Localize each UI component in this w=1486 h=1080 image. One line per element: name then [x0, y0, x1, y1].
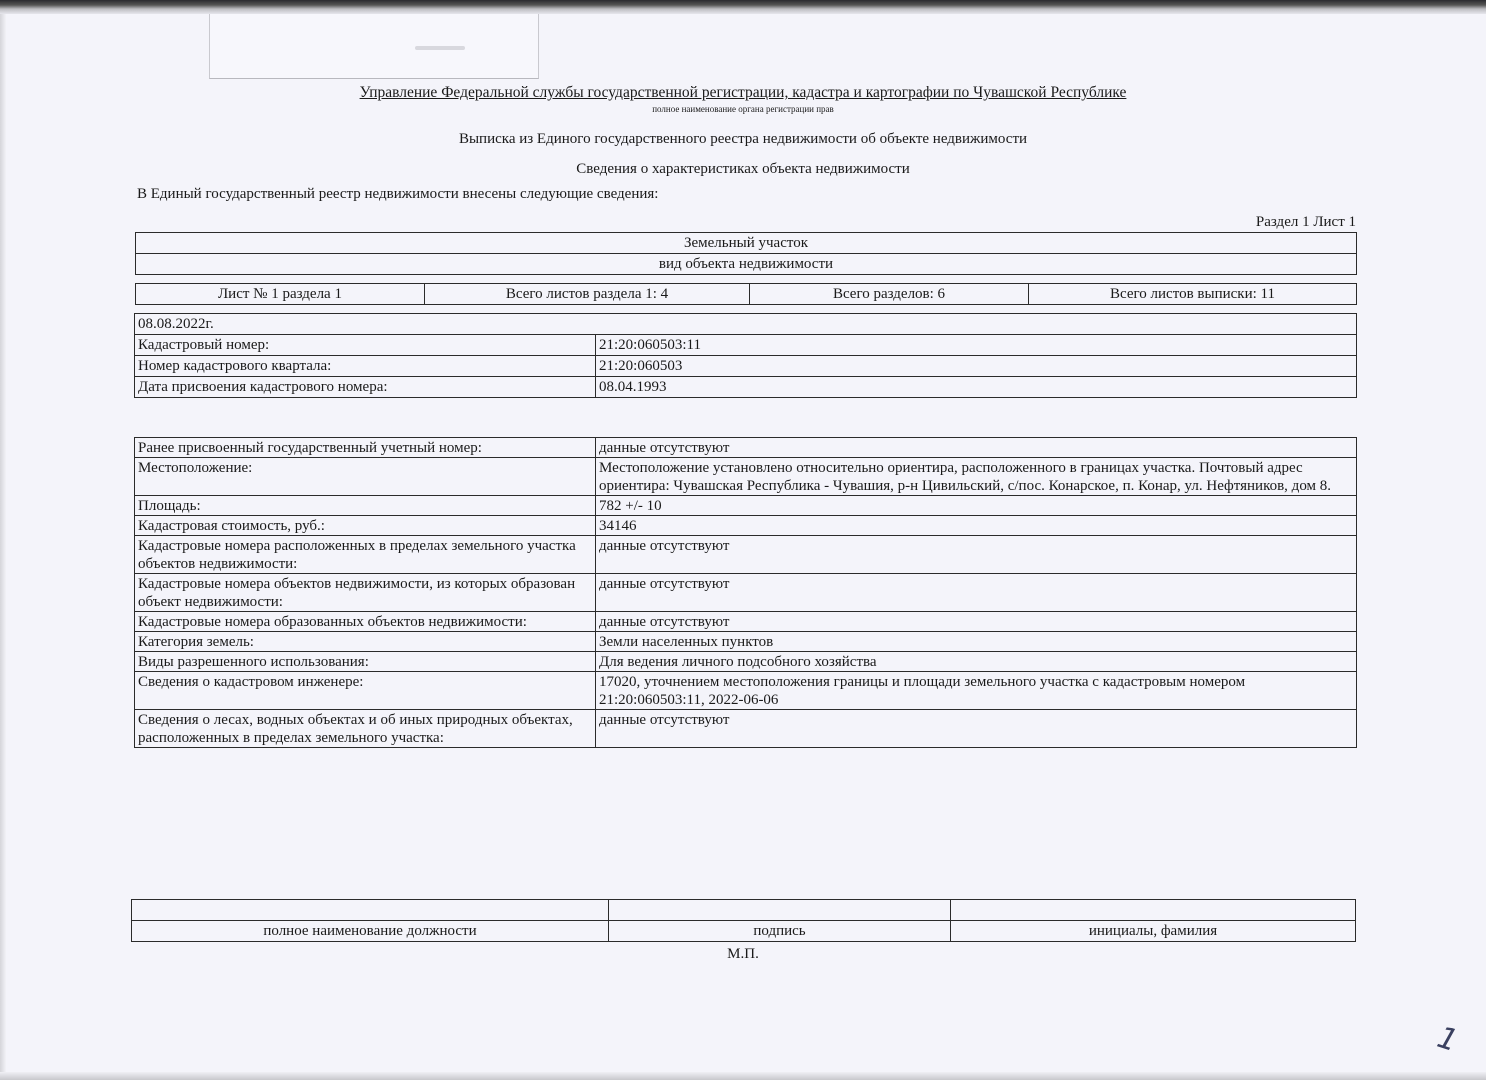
section-sheet-label: Раздел 1 Лист 1 — [1256, 214, 1356, 231]
table-row: Кадастровая стоимость, руб.: 34146 — [135, 516, 1357, 536]
row-label: Ранее присвоенный государственный учетны… — [135, 438, 596, 458]
location-value: Местоположение установлено относительно … — [596, 458, 1357, 496]
object-kind-caption: вид объекта недвижимости — [136, 254, 1357, 275]
name-field — [951, 900, 1356, 921]
table-row: Сведения о лесах, водных объектах и об и… — [135, 710, 1357, 748]
row-label: Сведения о лесах, водных объектах и об и… — [135, 710, 596, 748]
row-label: Кадастровая стоимость, руб.: — [135, 516, 596, 536]
document-subtitle: Сведения о характеристиках объекта недви… — [0, 161, 1486, 178]
table-row: Местоположение: Местоположение установле… — [135, 458, 1357, 496]
row-label: Номер кадастрового квартала: — [135, 356, 596, 377]
characteristics-table: Ранее присвоенный государственный учетны… — [134, 437, 1357, 748]
row-label: Кадастровые номера расположенных в преде… — [135, 536, 596, 574]
assignment-date: 08.04.1993 — [596, 377, 1357, 398]
row-value: данные отсутствуют — [596, 438, 1357, 458]
cadastral-number: 21:20:060503:11 — [596, 335, 1357, 356]
sections-total: Всего разделов: 6 — [750, 284, 1029, 305]
table-row: Кадастровые номера объектов недвижимости… — [135, 574, 1357, 612]
sheets-table: Лист № 1 раздела 1 Всего листов раздела … — [135, 283, 1357, 305]
area-value: 782 +/- 10 — [596, 496, 1357, 516]
seal-placeholder: М.П. — [0, 946, 1486, 963]
table-row: Дата присвоения кадастрового номера: 08.… — [135, 377, 1357, 398]
row-value: данные отсутствуют — [596, 574, 1357, 612]
org-name: Управление Федеральной службы государств… — [0, 84, 1486, 102]
table-row: Категория земель: Земли населенных пункт… — [135, 632, 1357, 652]
row-label: Площадь: — [135, 496, 596, 516]
scan-edge-bottom — [0, 1072, 1486, 1080]
cadastral-quarter: 21:20:060503 — [596, 356, 1357, 377]
stamp-smudge — [415, 46, 465, 50]
row-value: данные отсутствуют — [596, 536, 1357, 574]
table-row: Площадь: 782 +/- 10 — [135, 496, 1357, 516]
position-caption: полное наименование должности — [132, 921, 609, 942]
extract-date: 08.08.2022г. — [135, 314, 1357, 335]
signature-table: полное наименование должности подпись ин… — [131, 899, 1356, 942]
row-label: Кадастровый номер: — [135, 335, 596, 356]
row-label: Виды разрешенного использования: — [135, 652, 596, 672]
object-kind-value: Земельный участок — [136, 233, 1357, 254]
intro-text: В Единый государственный реестр недвижим… — [137, 186, 658, 203]
land-category-value: Земли населенных пунктов — [596, 632, 1357, 652]
section-sheets-total: Всего листов раздела 1: 4 — [425, 284, 750, 305]
row-label: Местоположение: — [135, 458, 596, 496]
barcode-stamp-area — [209, 14, 539, 79]
row-label: Кадастровые номера объектов недвижимости… — [135, 574, 596, 612]
table-row: Кадастровые номера образованных объектов… — [135, 612, 1357, 632]
org-caption: полное наименование органа регистрации п… — [0, 104, 1486, 114]
row-value: данные отсутствуют — [596, 710, 1357, 748]
table-row: Ранее присвоенный государственный учетны… — [135, 438, 1357, 458]
position-field — [132, 900, 609, 921]
table-row: Сведения о кадастровом инженере: 17020, … — [135, 672, 1357, 710]
table-row: Кадастровый номер: 21:20:060503:11 — [135, 335, 1357, 356]
document-title: Выписка из Единого государственного реес… — [0, 131, 1486, 148]
sheet-number: Лист № 1 раздела 1 — [136, 284, 425, 305]
row-label: Дата присвоения кадастрового номера: — [135, 377, 596, 398]
table-row: Виды разрешенного использования: Для вед… — [135, 652, 1357, 672]
row-label: Кадастровые номера образованных объектов… — [135, 612, 596, 632]
object-kind-table: Земельный участок вид объекта недвижимос… — [135, 232, 1357, 275]
permitted-use-value: Для ведения личного подсобного хозяйства — [596, 652, 1357, 672]
row-label: Сведения о кадастровом инженере: — [135, 672, 596, 710]
signature-field — [609, 900, 951, 921]
table-row: Кадастровые номера расположенных в преде… — [135, 536, 1357, 574]
cadastral-value: 34146 — [596, 516, 1357, 536]
row-value: данные отсутствуют — [596, 612, 1357, 632]
scan-edge-top — [0, 0, 1486, 14]
row-label: Категория земель: — [135, 632, 596, 652]
signature-caption: подпись — [609, 921, 951, 942]
cadastral-engineer-value: 17020, уточнением местоположения границы… — [596, 672, 1357, 710]
main-info-table: 08.08.2022г. Кадастровый номер: 21:20:06… — [134, 313, 1357, 398]
name-caption: инициалы, фамилия — [951, 921, 1356, 942]
handwritten-page-number: 1 — [1433, 1020, 1462, 1059]
extract-sheets-total: Всего листов выписки: 11 — [1029, 284, 1357, 305]
table-row: Номер кадастрового квартала: 21:20:06050… — [135, 356, 1357, 377]
